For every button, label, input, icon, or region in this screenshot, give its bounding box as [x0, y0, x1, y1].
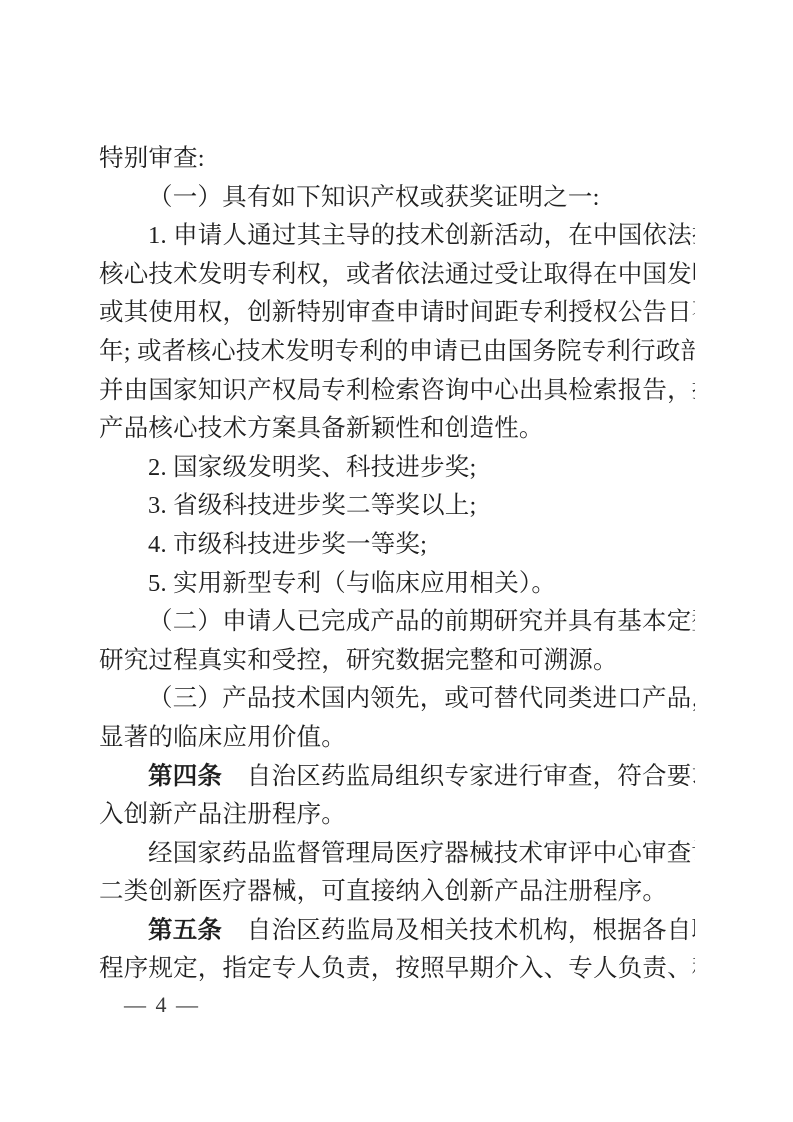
text-line: 第五条 自治区药监局及相关技术机构，根据各自职责和本 — [99, 912, 695, 951]
line-text: 核心技术发明专利权，或者依法通过受让取得在中国发明专利权 — [99, 261, 695, 288]
page-number: — 4 — — [124, 992, 200, 1017]
line-text: 1. 申请人通过其主导的技术创新活动，在中国依法拥有产品 — [148, 222, 695, 249]
document-body: 特别审查: （一）具有如下知识产权或获奖证明之一: 1. 申请人通过其主导的技术… — [99, 140, 695, 989]
text-line: 研究过程真实和受控，研究数据完整和可溯源。 — [99, 642, 695, 681]
line-text: 或其使用权，创新特别审查申请时间距专利授权公告日不超过 5 — [99, 299, 695, 326]
text-line: 4. 市级科技进步奖一等奖; — [99, 526, 695, 565]
line-text: 显著的临床应用价值。 — [99, 724, 346, 751]
text-line: 入创新产品注册程序。 — [99, 796, 695, 835]
line-text: 研究过程真实和受控，研究数据完整和可溯源。 — [99, 647, 618, 674]
text-line: 年; 或者核心技术发明专利的申请已由国务院专利行政部门公开， — [99, 333, 695, 372]
text-line: 产品核心技术方案具备新颖性和创造性。 — [99, 410, 695, 449]
line-text: 年; 或者核心技术发明专利的申请已由国务院专利行政部门公开， — [99, 338, 695, 365]
line-text: （三）产品技术国内领先，或可替代同类进口产品，且具有 — [148, 685, 695, 712]
text-line: 并由国家知识产权局专利检索咨询中心出具检索报告，报告载明 — [99, 372, 695, 411]
text-line: 特别审查: — [99, 140, 695, 179]
line-text: （二）申请人已完成产品的前期研究并具有基本定型产品， — [148, 608, 695, 635]
line-text: 入创新产品注册程序。 — [99, 801, 346, 828]
line-text: （一）具有如下知识产权或获奖证明之一: — [148, 184, 600, 211]
text-line: 5. 实用新型专利（与临床应用相关）。 — [99, 565, 695, 604]
line-text: 产品核心技术方案具备新颖性和创造性。 — [99, 415, 544, 442]
text-line: 或其使用权，创新特别审查申请时间距专利授权公告日不超过 5 — [99, 294, 695, 333]
line-text: 3. 省级科技进步奖二等奖以上; — [148, 492, 477, 519]
line-text: 程序规定，指定专人负责，按照早期介入、专人负责、科学审查 — [99, 955, 695, 982]
text-line: （一）具有如下知识产权或获奖证明之一: — [99, 179, 695, 218]
text-line: （三）产品技术国内领先，或可替代同类进口产品，且具有 — [99, 680, 695, 719]
article-number: 第四条 — [148, 763, 222, 790]
text-line: 1. 申请人通过其主导的技术创新活动，在中国依法拥有产品 — [99, 217, 695, 256]
line-text: 二类创新医疗器械，可直接纳入创新产品注册程序。 — [99, 878, 667, 905]
line-text: 自治区药监局组织专家进行审查，符合要求的，纳 — [222, 763, 695, 790]
text-line: 2. 国家级发明奖、科技进步奖; — [99, 449, 695, 488]
text-line: 核心技术发明专利权，或者依法通过受让取得在中国发明专利权 — [99, 256, 695, 295]
text-line: 显著的临床应用价值。 — [99, 719, 695, 758]
text-line: 经国家药品监督管理局医疗器械技术审评中心审查认定的第 — [99, 835, 695, 874]
text-line: 程序规定，指定专人负责，按照早期介入、专人负责、科学审查 — [99, 950, 695, 989]
document-page: 特别审查: （一）具有如下知识产权或获奖证明之一: 1. 申请人通过其主导的技术… — [0, 0, 793, 1122]
line-text: 5. 实用新型专利（与临床应用相关）。 — [148, 570, 556, 597]
text-line: 二类创新医疗器械，可直接纳入创新产品注册程序。 — [99, 873, 695, 912]
page-footer: — 4 — — [124, 992, 200, 1018]
text-line: 第四条 自治区药监局组织专家进行审查，符合要求的，纳 — [99, 758, 695, 797]
article-number: 第五条 — [148, 917, 222, 944]
line-text: 4. 市级科技进步奖一等奖; — [148, 531, 427, 558]
text-line: 3. 省级科技进步奖二等奖以上; — [99, 487, 695, 526]
line-text: 经国家药品监督管理局医疗器械技术审评中心审查认定的第 — [148, 840, 695, 867]
line-text: 自治区药监局及相关技术机构，根据各自职责和本 — [222, 917, 695, 944]
text-line: （二）申请人已完成产品的前期研究并具有基本定型产品， — [99, 603, 695, 642]
line-text: 2. 国家级发明奖、科技进步奖; — [148, 454, 477, 481]
line-text: 并由国家知识产权局专利检索咨询中心出具检索报告，报告载明 — [99, 377, 695, 404]
line-text: 特别审查: — [99, 145, 205, 172]
